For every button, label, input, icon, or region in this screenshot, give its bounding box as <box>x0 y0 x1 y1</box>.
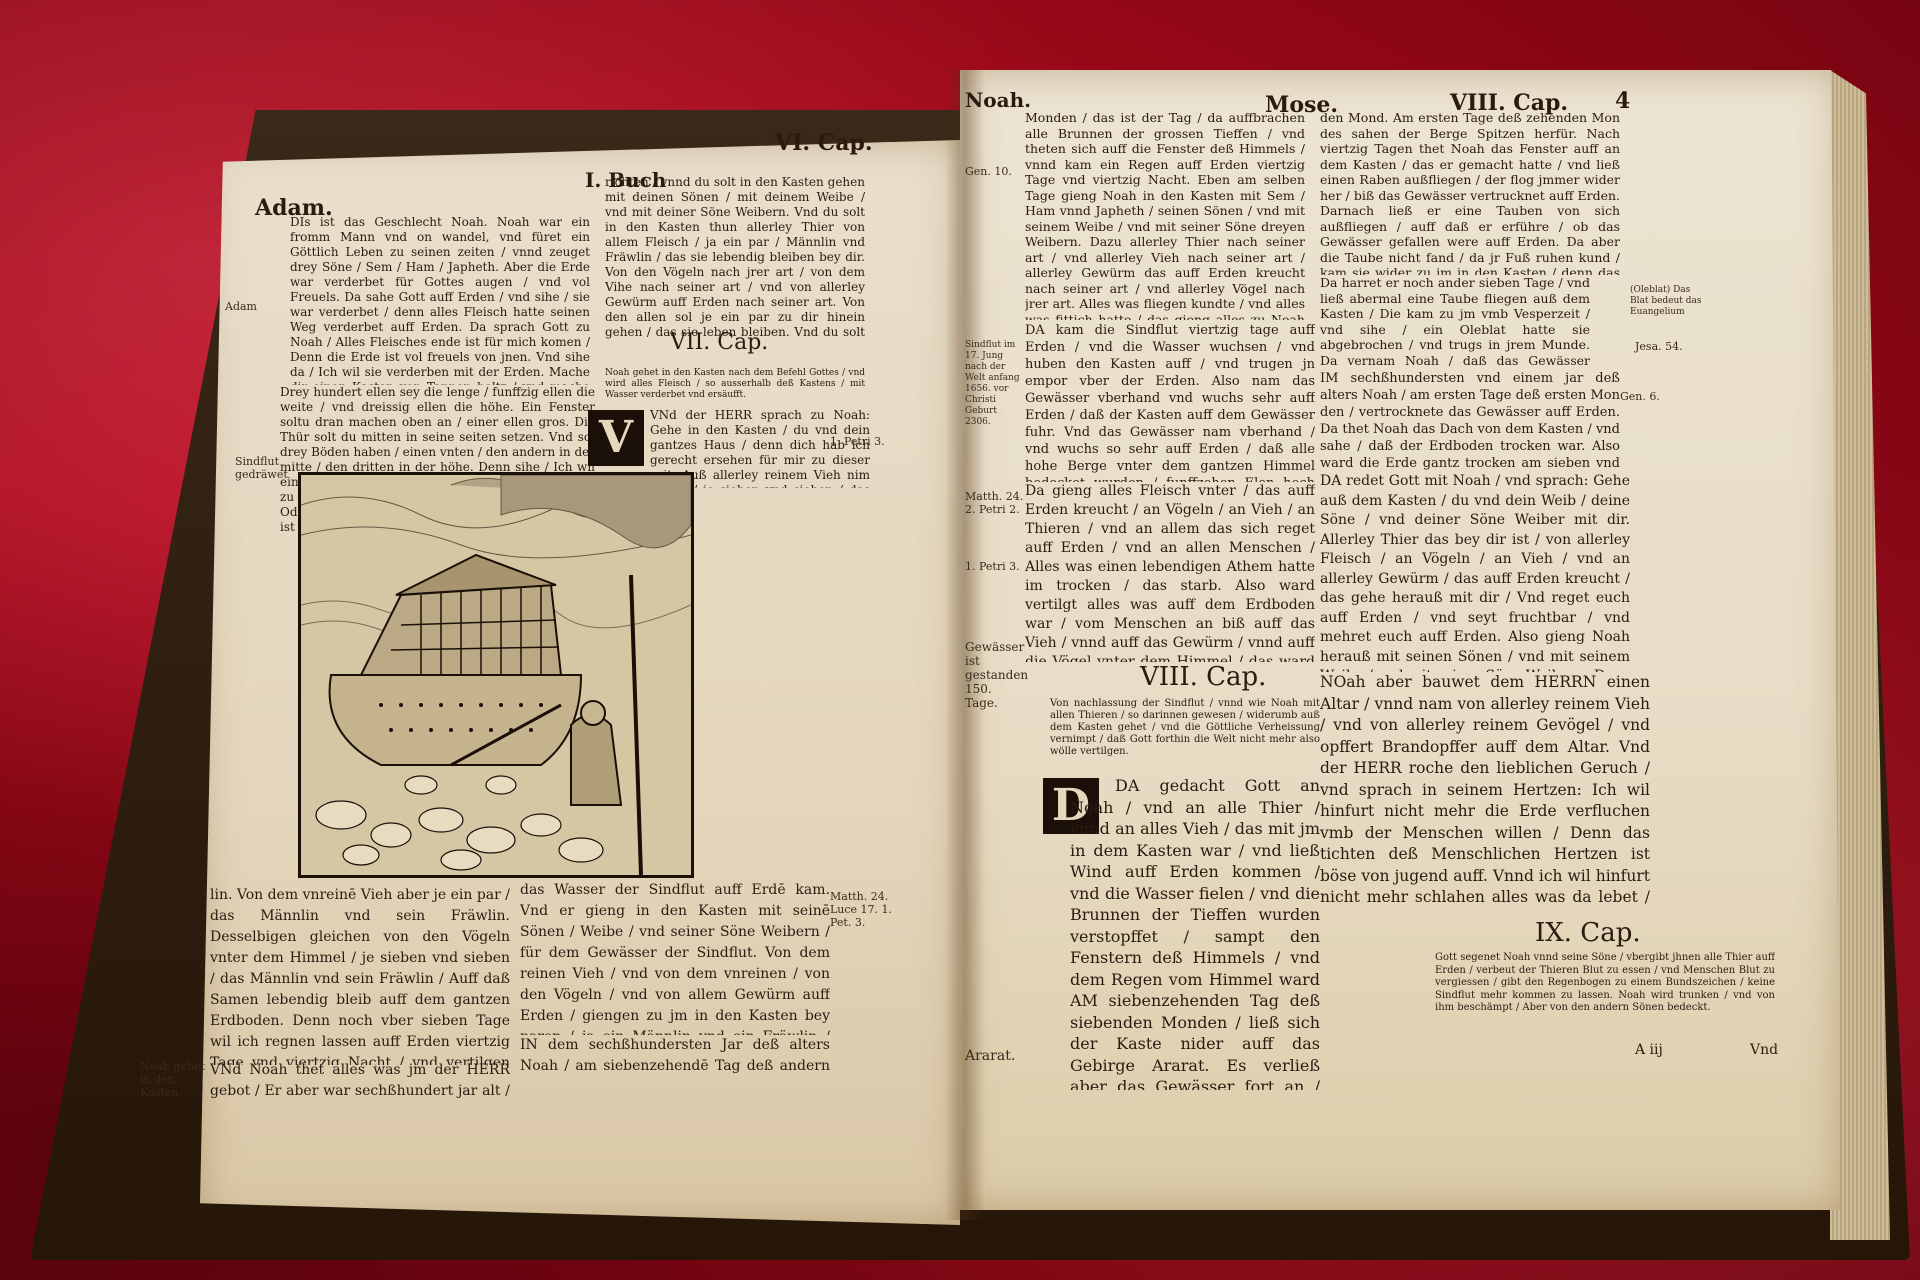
right-col2-text: den Mond. Am ersten Tage deß zehenden Mo… <box>1320 110 1620 275</box>
chapter-viii-summary: Von nachlassung der Sindflut / vnnd wie … <box>1050 698 1320 770</box>
left-bottom-col2-b: IN dem sechßhundersten Jar deß alters No… <box>520 1035 830 1080</box>
right-col2-text-c: IM sechßhundersten vnd einem jar deß alt… <box>1320 370 1620 470</box>
catchword: Vnd <box>1750 1042 1778 1058</box>
left-bottom-col1-b: VNd Noah thet alles was jm der HERR gebo… <box>210 1060 510 1105</box>
margin-note-oleblat: (Oleblat) Das Blat bedeut das Euangelium <box>1630 285 1705 318</box>
drop-cap-v: V <box>588 410 644 466</box>
chapter-heading-vii: VII. Cap. <box>670 330 768 355</box>
right-col1-text-b: DA kam die Sindflut viertzig tage auff E… <box>1025 322 1315 482</box>
left-col1-text: DIs ist das Geschlecht Noah. Noah war ei… <box>290 215 590 385</box>
right-col2-text-d: DA redet Gott mit Noah / vnd sprach: Geh… <box>1320 472 1630 672</box>
margin-note-1-petri-3: 1. Petri 3. <box>965 560 1025 573</box>
chapter-ix-summary: Gott segenet Noah vnnd seine Söne / vber… <box>1435 952 1775 1032</box>
margin-note-matth24: Matth. 24. 2. Petri 2. <box>965 490 1025 516</box>
chapter-viii-opening: DA gedacht Gott an Noah / vnd an alle Th… <box>1070 775 1320 990</box>
right-col1-text: Monden / das ist der Tag / da auffbrache… <box>1025 110 1305 320</box>
chapter-heading-viii: VIII. Cap. <box>1140 662 1266 692</box>
margin-note-ararat: Ararat. <box>965 1050 1025 1063</box>
right-col2-text-b: Da harret er noch ander sieben Tage / vn… <box>1320 275 1590 370</box>
margin-note-gen10: Gen. 10. <box>965 165 1020 178</box>
signature-mark: A iij <box>1635 1042 1663 1058</box>
right-col2-text-e: NOah aber bauwet dem HERRN einen Altar /… <box>1320 672 1650 912</box>
left-running-head-chapter: VI. Cap. <box>775 130 873 156</box>
margin-note-gen6: Gen. 6. <box>1620 390 1670 403</box>
left-bottom-col1: lin. Von dem vnreinē Vieh aber je ein pa… <box>210 885 510 1065</box>
margin-note-noah-gehet: Noah gehet in den Kasten. <box>140 1060 205 1099</box>
margin-note-adam: Adam <box>225 300 285 313</box>
chapter-vii-summary: Noah gehet in den Kasten nach dem Befehl… <box>605 368 865 408</box>
margin-note-matth: Matth. 24. Luce 17. 1. Pet. 3. <box>830 890 900 929</box>
margin-note-sindflut: Sindflut gedräwet <box>235 455 295 481</box>
noahs-ark-woodcut <box>298 472 694 878</box>
margin-note-gewaesser: Gewässer ist gestanden 150. Tage. <box>965 640 1025 710</box>
margin-note-1-petri: 1. Petri 3. <box>830 435 900 448</box>
chapter-viii-opening-b: AM siebenzehenden Tag deß siebenden Mond… <box>1070 990 1320 1090</box>
left-col2-text: richten / vnnd du solt in den Kasten geh… <box>605 175 865 340</box>
page-edges <box>1830 70 1890 1240</box>
right-col1-text-c: Da gieng alles Fleisch vnter / das auff … <box>1025 482 1315 662</box>
margin-note-jesa54: Jesa. 54. <box>1635 340 1685 353</box>
margin-note-sindflut-date: Sindflut im 17. Jung nach der Welt anfan… <box>965 340 1025 428</box>
left-bottom-col2: das Wasser der Sindflut auff Erdē kam. V… <box>520 880 830 1035</box>
right-running-head-noah: Noah. <box>965 88 1031 112</box>
open-bible: Adam. I. Buch VI. Cap. DIs ist das Gesch… <box>30 50 1910 1265</box>
chapter-heading-ix: IX. Cap. <box>1535 918 1641 948</box>
ark-illustration <box>301 475 691 875</box>
